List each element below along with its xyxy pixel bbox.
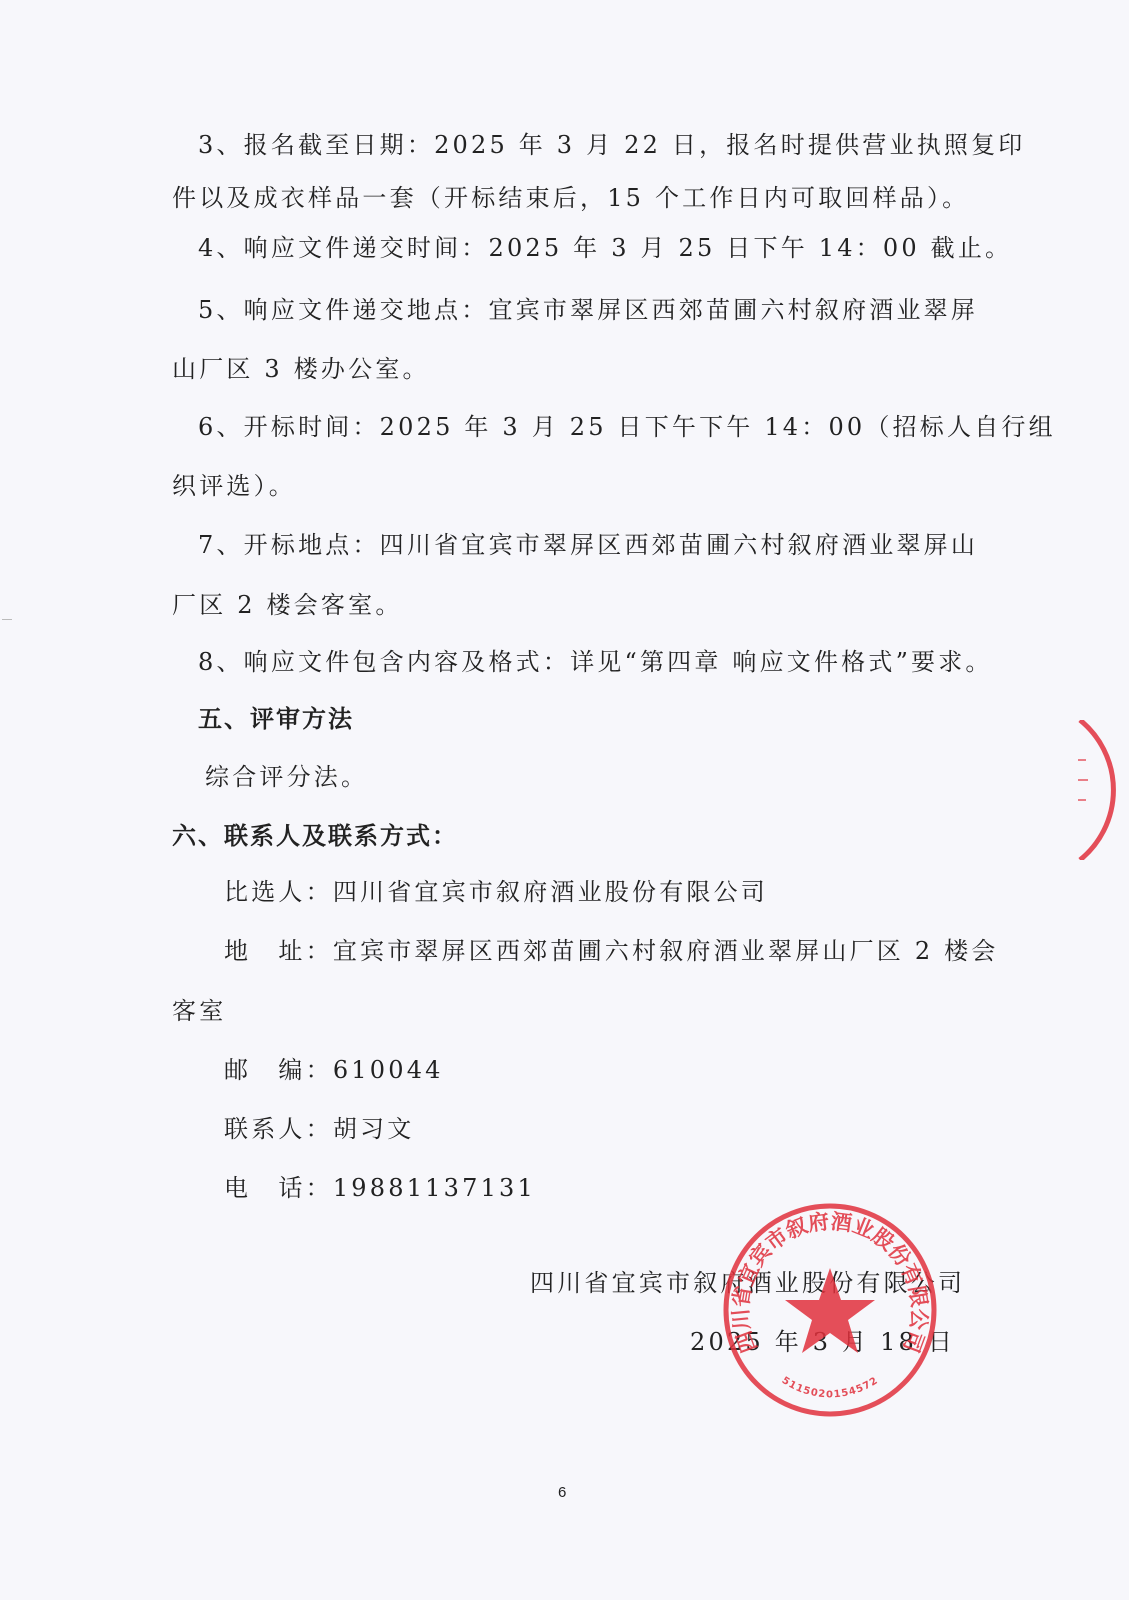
selector-value: 四川省宜宾市叙府酒业股份有限公司 <box>333 878 768 906</box>
signature-company: 四川省宜宾市叙府酒业股份有限公司 <box>530 1268 965 1298</box>
item-3-line1: 3、报名截至日期：2025 年 3 月 22 日，报名时提供营业执照复印 <box>198 130 1026 160</box>
signature-date: 2025 年 3 月 18 日 <box>690 1327 955 1357</box>
phone-row: 电 话：19881137131 <box>224 1173 536 1203</box>
selector-label: 比选人： <box>224 878 333 906</box>
section5-heading: 五、评审方法 <box>198 704 354 734</box>
item-6-line2: 织评选）。 <box>172 471 296 501</box>
address-value: 宜宾市翠屏区西郊苗圃六村叙府酒业翠屏山厂区 2 楼会 <box>333 937 999 965</box>
item-6-line1: 6、开标时间：2025 年 3 月 25 日下午下午 14：00（招标人自行组 <box>198 412 1056 442</box>
postcode-value: 610044 <box>333 1056 444 1084</box>
item-7-line2: 厂区 2 楼会客室。 <box>172 590 403 620</box>
contact-label: 联系人： <box>224 1115 333 1143</box>
address-row: 地 址：宜宾市翠屏区西郊苗圃六村叙府酒业翠屏山厂区 2 楼会 <box>224 936 999 966</box>
item-5-line1: 5、响应文件递交地点：宜宾市翠屏区西郊苗圃六村叙府酒业翠屏 <box>198 295 978 325</box>
page-number: 6 <box>558 1484 566 1501</box>
phone-label: 电 话： <box>224 1174 333 1202</box>
postcode-label: 邮 编： <box>224 1056 333 1084</box>
contact-row: 联系人：胡习文 <box>224 1114 414 1144</box>
item-7-line1: 7、开标地点：四川省宜宾市翠屏区西郊苗圃六村叙府酒业翠屏山 <box>198 530 978 560</box>
svg-text:5115020154572: 5115020154572 <box>780 1375 881 1400</box>
document-page: 3、报名截至日期：2025 年 3 月 22 日，报名时提供营业执照复印 件以及… <box>0 0 1129 1600</box>
margin-mark <box>2 619 12 620</box>
item-3-line2: 件以及成衣样品一套（开标结束后，15 个工作日内可取回样品）。 <box>172 183 969 213</box>
address-value-line2: 客室 <box>172 996 226 1026</box>
item-8: 8、响应文件包含内容及格式：详见“第四章 响应文件格式”要求。 <box>198 647 993 677</box>
address-label: 地 址： <box>224 937 333 965</box>
partial-seal-icon <box>1060 720 1120 860</box>
contact-value: 胡习文 <box>333 1115 415 1143</box>
selector-row: 比选人：四川省宜宾市叙府酒业股份有限公司 <box>224 877 768 907</box>
section5-body: 综合评分法。 <box>205 762 368 792</box>
official-seal-icon: 四川省宜宾市叙府酒业股份有限公司 5115020154572 <box>720 1200 940 1420</box>
item-5-line2: 山厂区 3 楼办公室。 <box>172 354 430 384</box>
section6-heading: 六、联系人及联系方式： <box>172 821 458 851</box>
item-4: 4、响应文件递交时间：2025 年 3 月 25 日下午 14：00 截止。 <box>198 233 1012 263</box>
phone-value: 19881137131 <box>333 1174 536 1202</box>
seal-code: 5115020154572 <box>780 1375 881 1400</box>
postcode-row: 邮 编：610044 <box>224 1055 444 1085</box>
